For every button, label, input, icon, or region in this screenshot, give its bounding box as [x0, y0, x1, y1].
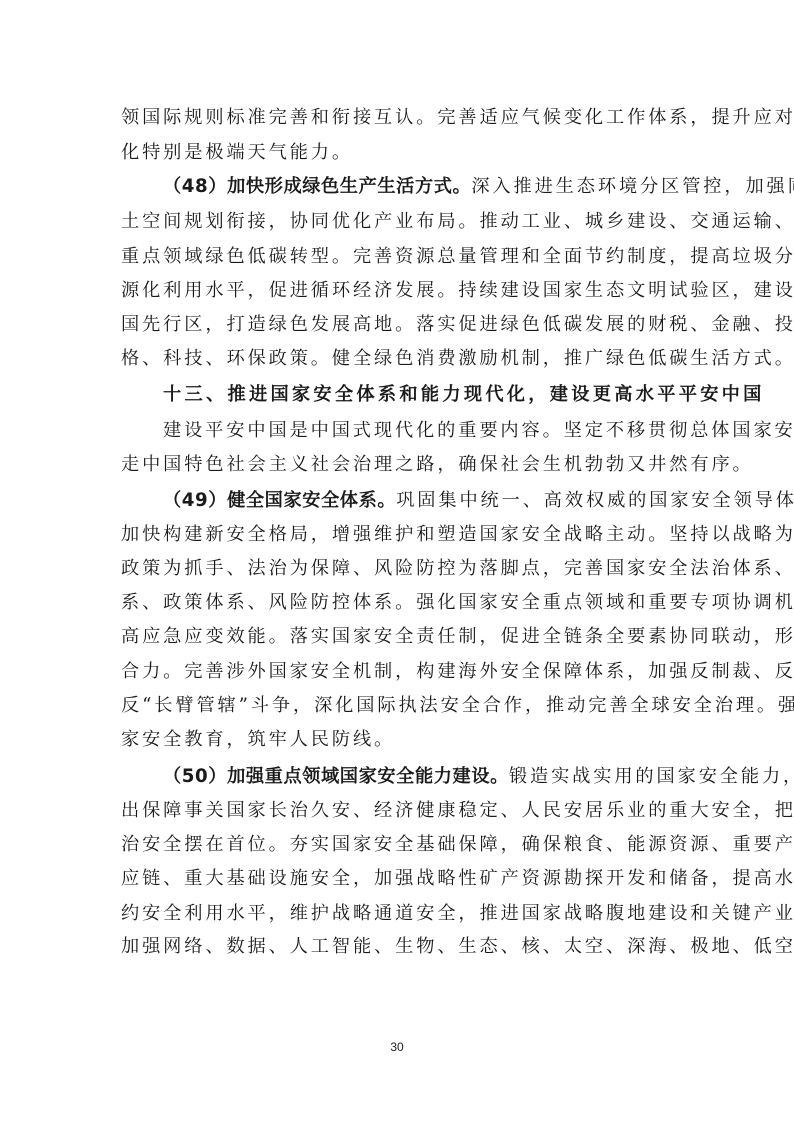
page-number: 30 [0, 1040, 794, 1054]
body-line: 领国际规则标准完善和衔接互认。完善适应气候变化工作体系，提升应对气候变 [121, 104, 674, 132]
section-50-text: 锻造实战实用的国家安全能力，突 [509, 766, 794, 787]
section-50-first-line: （50）加强重点领域国家安全能力建设。锻造实战实用的国家安全能力，突 [163, 763, 674, 791]
body-line: 重点领域绿色低碳转型。完善资源总量管理和全面节约制度，提高垃圾分类和资 [121, 243, 674, 271]
section-48-first-line: （48）加快形成绿色生产生活方式。深入推进生态环境分区管控，加强同国 [163, 173, 674, 201]
chapter-heading: 十三、推进国家安全体系和能力现代化，建设更高水平平安中国 [163, 381, 674, 409]
body-line: 建设平安中国是中国式现代化的重要内容。坚定不移贯彻总体国家安全观， [163, 417, 674, 445]
body-line: 加快构建新安全格局，增强维护和塑造国家安全战略主动。坚持以战略为先导、 [121, 521, 674, 549]
body-line: 合力。完善涉外国家安全机制，构建海外安全保障体系，加强反制裁、反干预、 [121, 658, 674, 686]
document-page: 领国际规则标准完善和衔接互认。完善适应气候变化工作体系，提升应对气候变 化特别是… [0, 0, 794, 1123]
body-line: 系、政策体系、风险防控体系。强化国家安全重点领域和重要专项协调机制，提 [121, 589, 674, 617]
section-49-title: （49）健全国家安全体系。 [163, 490, 396, 511]
body-line: 应链、重大基础设施安全，加强战略性矿产资源勘探开发和储备，提高水资源集 [121, 865, 674, 893]
body-line: 国先行区，打造绿色发展高地。落实促进绿色低碳发展的财税、金融、投资、价 [121, 311, 674, 339]
body-line: 出保障事关国家长治久安、经济健康稳定、人民安居乐业的重大安全，把捍卫政 [121, 797, 674, 825]
body-line: 反“长臂管辖”斗争，深化国际执法安全合作，推动完善全球安全治理。强化国 [121, 692, 674, 720]
body-line: 政策为抓手、法治为保障、风险防控为落脚点，完善国家安全法治体系、战略体 [121, 555, 674, 583]
section-50-title: （50）加强重点领域国家安全能力建设。 [163, 766, 509, 787]
body-line: 约安全利用水平，维护战略通道安全，推进国家战略腹地建设和关键产业备份。 [121, 900, 674, 928]
body-line: 源化利用水平，促进循环经济发展。持续建设国家生态文明试验区，建设美丽中 [121, 277, 674, 305]
body-line: 走中国特色社会主义社会治理之路，确保社会生机勃勃又井然有序。 [121, 451, 674, 479]
body-line: 治安全摆在首位。夯实国家安全基础保障，确保粮食、能源资源、重要产业链供 [121, 831, 674, 859]
section-48-text: 深入推进生态环境分区管控，加强同国 [471, 176, 794, 197]
body-line: 加强网络、数据、人工智能、生物、生态、核、太空、深海、极地、低空等新兴 [121, 933, 674, 961]
body-line: 格、科技、环保政策。健全绿色消费激励机制，推广绿色低碳生活方式。 [121, 345, 674, 373]
section-49-first-line: （49）健全国家安全体系。巩固集中统一、高效权威的国家安全领导体制， [163, 487, 674, 515]
body-line: 高应急应变效能。落实国家安全责任制，促进全链条全要素协同联动，形成体系 [121, 623, 674, 651]
body-line: 土空间规划衔接，协同优化产业布局。推动工业、城乡建设、交通运输、能源等 [121, 208, 674, 236]
section-49-text: 巩固集中统一、高效权威的国家安全领导体制， [396, 490, 794, 511]
section-48-title: （48）加快形成绿色生产生活方式。 [163, 176, 471, 197]
body-line: 化特别是极端天气能力。 [121, 139, 674, 167]
body-line: 家安全教育，筑牢人民防线。 [121, 726, 674, 754]
